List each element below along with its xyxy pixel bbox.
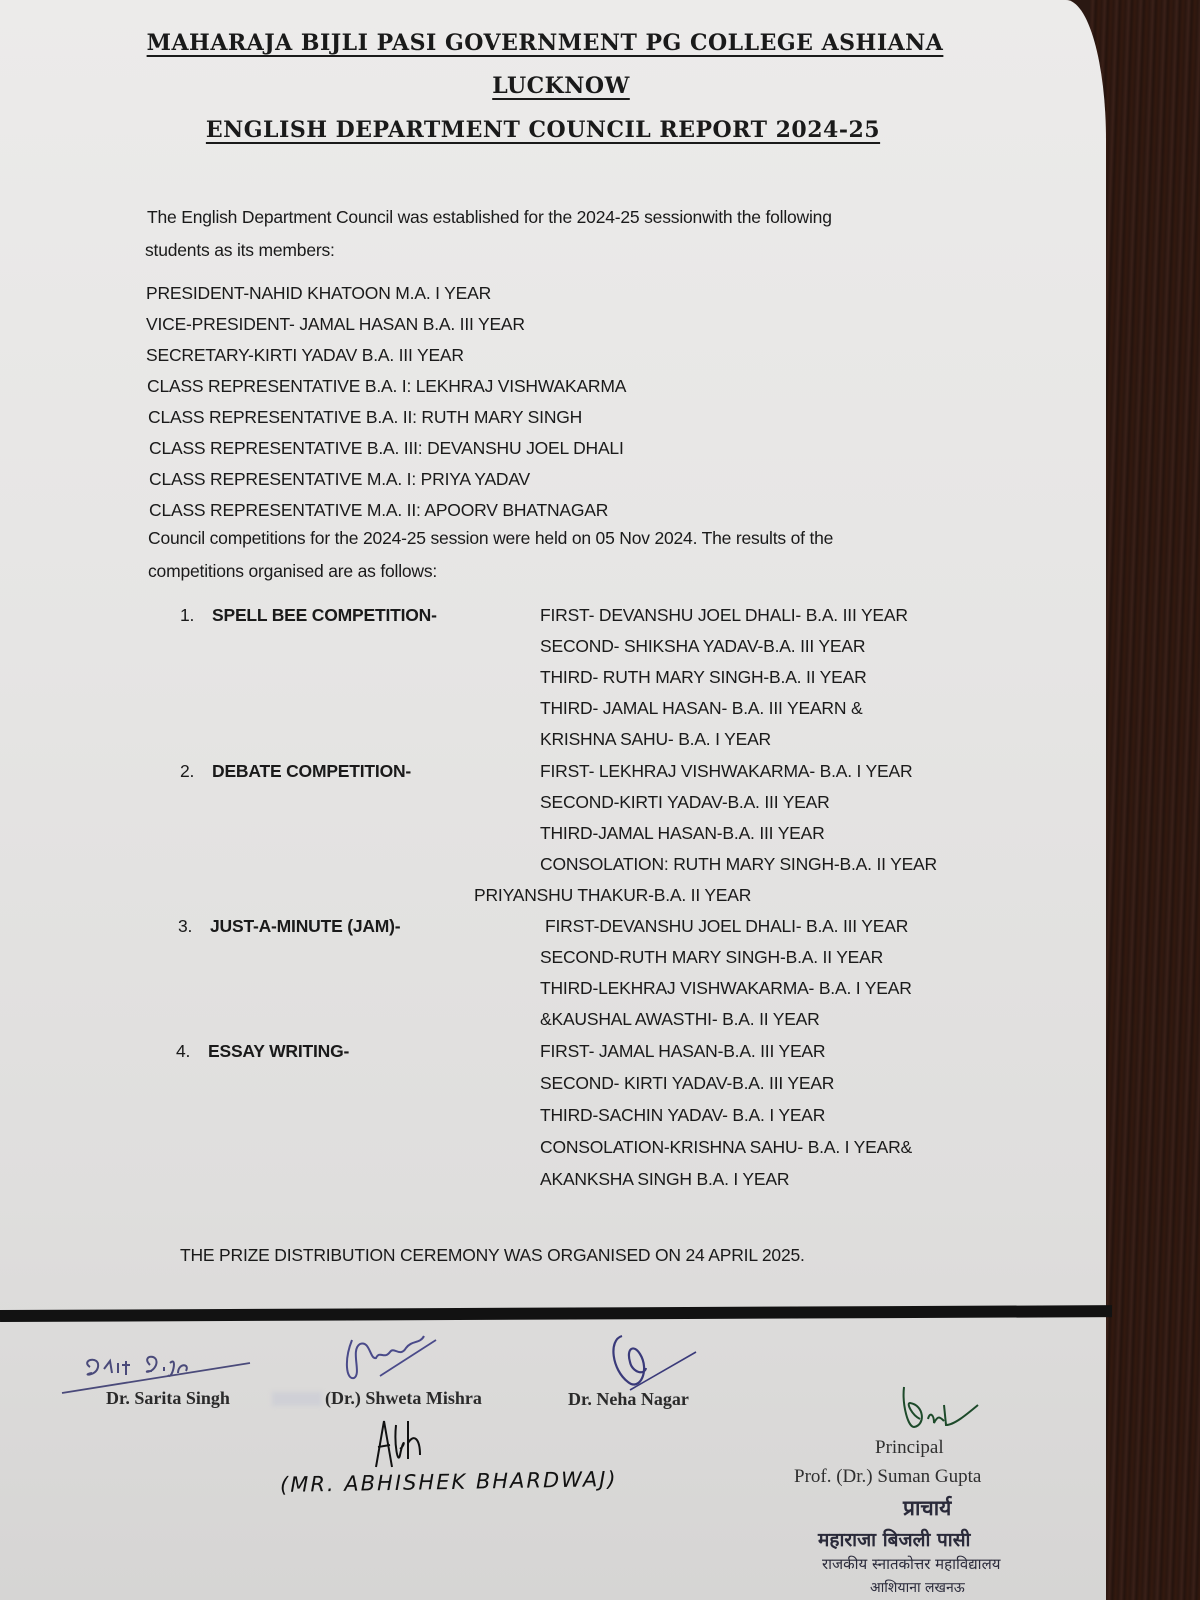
signatory-neha-nagar: Dr. Neha Nagar — [568, 1389, 689, 1410]
intro-line-2: students as its members: — [145, 240, 335, 261]
stamp-title: प्राचार्य — [903, 1494, 951, 1522]
signatory-shweta-mishra: (Dr.) Shweta Mishra — [325, 1388, 482, 1409]
result-line: SECOND-RUTH MARY SINGH-B.A. II YEAR — [540, 947, 883, 968]
member-secretary: SECRETARY-KIRTI YADAV B.A. III YEAR — [146, 345, 464, 366]
signatory-abhishek-bhardwaj: (MR. ABHISHEK BHARDWAJ) — [280, 1467, 618, 1497]
wooden-background — [1090, 0, 1200, 1600]
result-line: CONSOLATION: RUTH MARY SINGH-B.A. II YEA… — [540, 854, 937, 875]
competition-number: 3. — [178, 916, 192, 937]
result-line: THIRD-LEKHRAJ VISHWAKARMA- B.A. I YEAR — [540, 978, 912, 999]
result-line: AKANKSHA SINGH B.A. I YEAR — [540, 1169, 789, 1190]
competition-number: 2. — [180, 761, 194, 782]
member-cr-ma2: CLASS REPRESENTATIVE M.A. II: APOORV BHA… — [149, 500, 608, 521]
result-line: FIRST-DEVANSHU JOEL DHALI- B.A. III YEAR — [545, 916, 908, 937]
divider-rule — [0, 1305, 1112, 1322]
member-cr-ba1: CLASS REPRESENTATIVE B.A. I: LEKHRAJ VIS… — [147, 376, 626, 397]
result-line: FIRST- DEVANSHU JOEL DHALI- B.A. III YEA… — [540, 605, 908, 626]
member-cr-ma1: CLASS REPRESENTATIVE M.A. I: PRIYA YADAV — [149, 469, 530, 490]
college-name: MAHARAJA BIJLI PASI GOVERNMENT PG COLLEG… — [0, 30, 1098, 56]
competitions-intro-line-1: Council competitions for the 2024-25 ses… — [148, 528, 833, 549]
signature-principal-icon — [900, 1385, 1010, 1445]
competition-name: JUST-A-MINUTE (JAM)- — [210, 916, 400, 937]
competition-name: DEBATE COMPETITION- — [212, 761, 411, 782]
result-line: THIRD- RUTH MARY SINGH-B.A. II YEAR — [540, 667, 867, 688]
competition-number: 1. — [180, 605, 194, 626]
closing-statement: THE PRIZE DISTRIBUTION CEREMONY WAS ORGA… — [180, 1245, 805, 1266]
principal-label: Principal — [875, 1437, 944, 1459]
result-line: THIRD- JAMAL HASAN- B.A. III YEARN & — [540, 698, 862, 719]
result-line: PRIYANSHU THAKUR-B.A. II YEAR — [474, 885, 751, 906]
intro-line-1: The English Department Council was estab… — [147, 207, 832, 228]
stamp-line-1: महाराजा बिजली पासी — [818, 1526, 970, 1552]
competition-name: SPELL BEE COMPETITION- — [212, 605, 437, 626]
report-document: MAHARAJA BIJLI PASI GOVERNMENT PG COLLEG… — [0, 0, 1106, 1600]
signature-abhishek-bhardwaj-icon — [370, 1415, 450, 1475]
result-line: &KAUSHAL AWASTHI- B.A. II YEAR — [540, 1009, 820, 1030]
member-cr-ba3: CLASS REPRESENTATIVE B.A. III: DEVANSHU … — [149, 438, 624, 459]
result-line: KRISHNA SAHU- B.A. I YEAR — [540, 729, 771, 750]
principal-name: Prof. (Dr.) Suman Gupta — [794, 1466, 981, 1488]
result-line: FIRST- LEKHRAJ VISHWAKARMA- B.A. I YEAR — [540, 761, 912, 782]
member-cr-ba2: CLASS REPRESENTATIVE B.A. II: RUTH MARY … — [148, 407, 582, 428]
result-line: SECOND- SHIKSHA YADAV-B.A. III YEAR — [540, 636, 865, 657]
result-line: SECOND- KIRTI YADAV-B.A. III YEAR — [540, 1073, 834, 1094]
result-line: SECOND-KIRTI YADAV-B.A. III YEAR — [540, 792, 830, 813]
result-line: THIRD-JAMAL HASAN-B.A. III YEAR — [540, 823, 825, 844]
member-president: PRESIDENT-NAHID KHATOON M.A. I YEAR — [146, 283, 491, 304]
result-line: FIRST- JAMAL HASAN-B.A. III YEAR — [540, 1041, 825, 1062]
college-city: LUCKNOW — [8, 73, 1114, 99]
stamp-line-2: राजकीय स्नातकोत्तर महाविद्यालय — [822, 1554, 1000, 1574]
redacted-mark — [272, 1392, 322, 1406]
report-title: ENGLISH DEPARTMENT COUNCIL REPORT 2024-2… — [0, 117, 1096, 143]
competition-number: 4. — [176, 1041, 190, 1062]
stamp-line-3: आशियाना लखनऊ — [870, 1578, 965, 1597]
signatory-sarita-singh: Dr. Sarita Singh — [106, 1388, 230, 1409]
member-vice-president: VICE-PRESIDENT- JAMAL HASAN B.A. III YEA… — [146, 314, 525, 335]
competitions-intro-line-2: competitions organised are as follows: — [148, 561, 437, 582]
result-line: THIRD-SACHIN YADAV- B.A. I YEAR — [540, 1105, 825, 1126]
competition-name: ESSAY WRITING- — [208, 1041, 349, 1062]
result-line: CONSOLATION-KRISHNA SAHU- B.A. I YEAR& — [540, 1137, 912, 1158]
